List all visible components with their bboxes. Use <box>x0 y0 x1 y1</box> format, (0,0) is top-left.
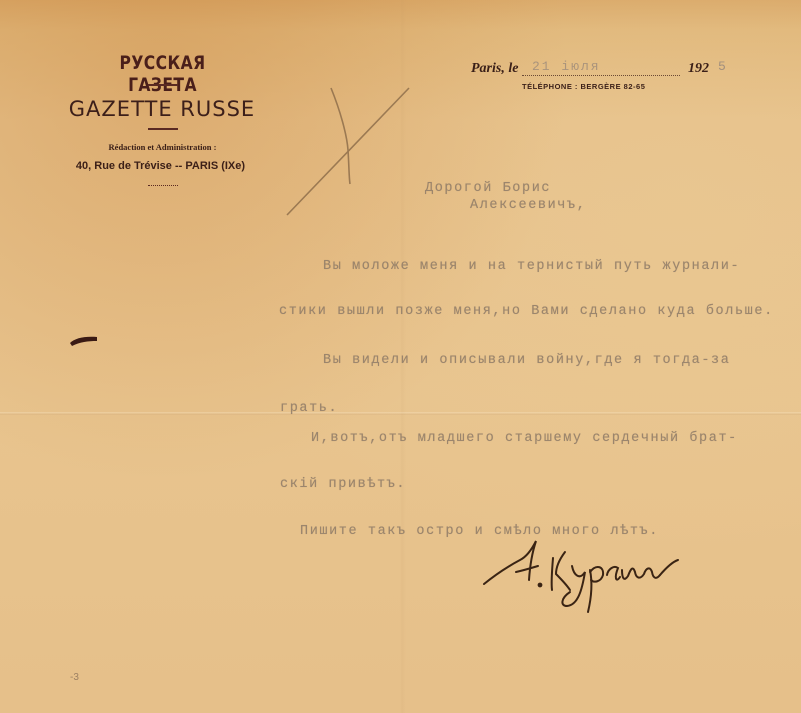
signature <box>484 541 678 612</box>
margin-ink-mark <box>70 337 97 346</box>
pencil-cross-icon <box>287 88 409 215</box>
handwritten-marks <box>0 0 801 713</box>
archive-mark: -3 <box>70 672 79 683</box>
